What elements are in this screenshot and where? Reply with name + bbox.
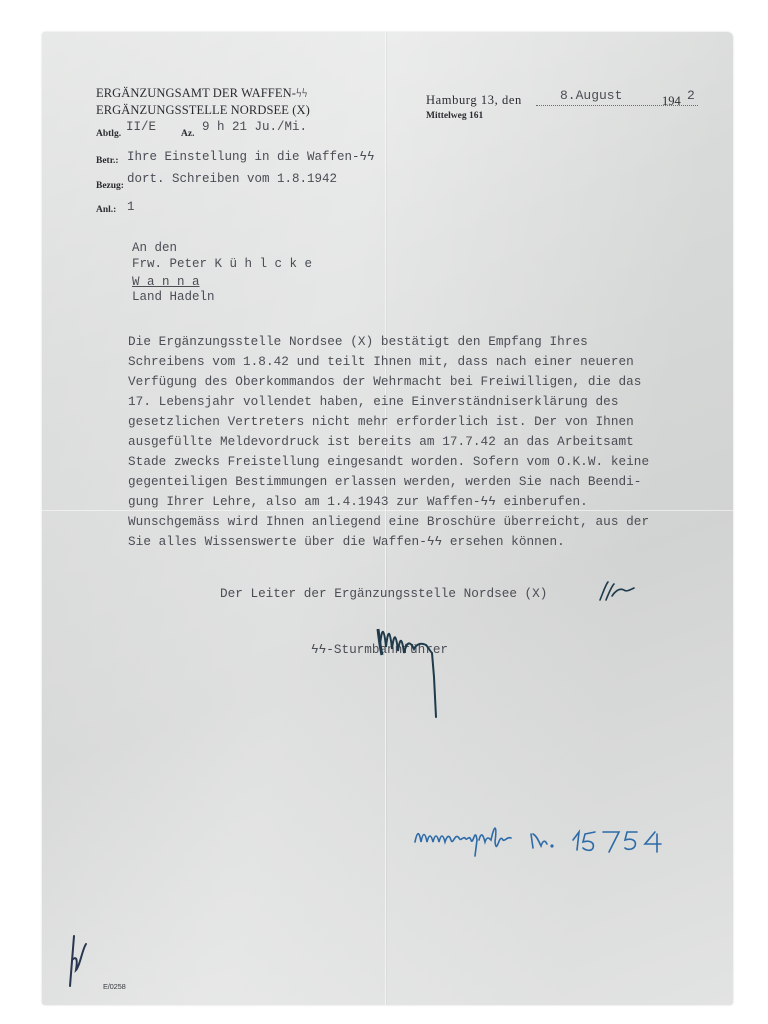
year-printed: 194 [662,94,681,109]
betr-label: Betr.: [96,156,119,166]
body-line: gesetzlichen Vertreters nicht mehr erfor… [128,414,634,429]
bezug-value: dort. Schreiben vom 1.8.1942 [127,172,337,186]
corner-initial-icon [62,930,102,990]
abtlg-value: II/E [126,120,156,134]
recipient-salutation: An den [132,241,177,255]
az-value: 9 h 21 Ju./Mi. [202,120,307,134]
anl-label: Anl.: [96,205,116,215]
body-line: Die Ergänzungsstelle Nordsee (X) bestäti… [128,334,588,349]
place-street: Mittelweg 161 [426,111,483,121]
closing-line: Der Leiter der Ergänzungsstelle Nordsee … [220,586,547,601]
abtlg-label: Abtlg. [96,129,121,139]
letterhead-line-2: ERGÄNZUNGSSTELLE NORDSEE (X) [96,103,310,118]
form-code: E/0258 [103,982,126,991]
bezug-label: Bezug: [96,181,124,191]
date-typed: 8.August [560,88,622,103]
signature-icon [362,607,462,727]
body-line: gung Ihrer Lehre, also am 1.4.1943 zur W… [128,494,588,509]
body-line: Verfügung des Oberkommandos der Wehrmach… [128,374,641,389]
year-typed: 2 [687,88,695,103]
initials-icon [598,580,638,604]
az-label: Az. [181,129,194,139]
horizontal-fold-crease [42,510,733,511]
body-line: Schreibens vom 1.8.42 und teilt Ihnen mi… [128,354,634,369]
betr-value: Ihre Einstellung in die Waffen-ϟϟ [127,150,375,164]
recipient-district: Land Hadeln [132,290,215,304]
recipient-town: W a n n a [132,275,200,289]
body-line: Sie alles Wissenswerte über die Waffen-ϟ… [128,534,565,549]
body-line: Stade zwecks Freistellung eingesandt wor… [128,454,649,469]
body-line: gegenteiligen Bestimmungen erlassen werd… [128,474,641,489]
body-line: 17. Lebensjahr vollendet haben, eine Ein… [128,394,618,409]
place-city: Hamburg 13, den [426,93,522,108]
letter-page: ERGÄNZUNGSAMT DER WAFFEN-ϟϟ ERGÄNZUNGSST… [42,32,733,1005]
letterhead-line-1: ERGÄNZUNGSAMT DER WAFFEN-ϟϟ [96,86,307,101]
body-line: Wunschgemäss wird Ihnen anliegend eine B… [128,514,649,529]
body-line: ausgefüllte Meldevordruck ist bereits am… [128,434,634,449]
anl-value: 1 [127,200,135,214]
recipient-name: Frw. Peter K ü h l c k e [132,257,312,271]
